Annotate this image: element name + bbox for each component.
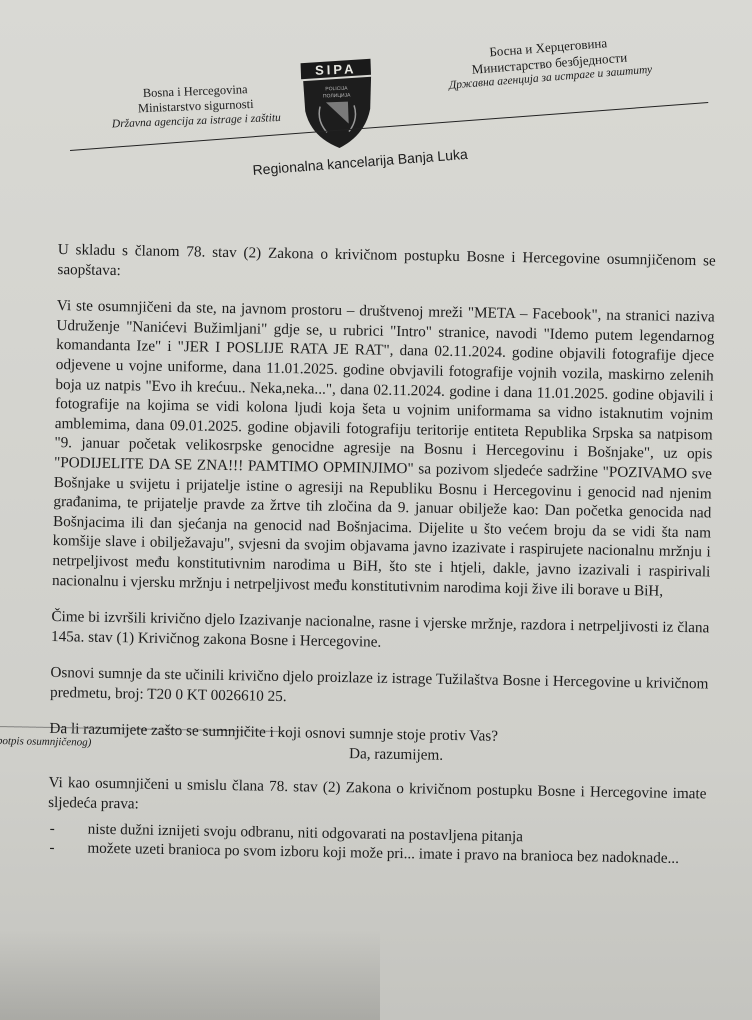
regional-office: Regionalna kancelarija Banja Luka	[252, 146, 468, 178]
offense-paragraph: Čime bi izvršili krivično djelo Izazivan…	[51, 607, 710, 658]
intro-paragraph: U skladu s članom 78. stav (2) Zakona o …	[57, 240, 716, 291]
rights-intro: Vi kao osumnjičeni u smislu člana 78. st…	[48, 773, 707, 824]
header-left-latin: Bosna i Hercegovina Ministarstvo sigurno…	[95, 80, 297, 133]
svg-text:SIPA: SIPA	[315, 61, 357, 77]
understanding-answer: Da, razumijem.	[349, 745, 443, 766]
sipa-emblem-icon: SIPA POLICIJA ПОЛИЦИЈА	[296, 57, 377, 152]
rights-list: niste dužni iznijeti svoju odbranu, niti…	[47, 819, 706, 870]
photo-shadow	[0, 930, 380, 1020]
question-block: Da li razumijete zašto se sumnjičite i k…	[49, 719, 708, 774]
accusation-paragraph: Vi ste osumnjičeni da ste, na javnom pro…	[52, 296, 715, 601]
svg-text:POLICIJA: POLICIJA	[325, 86, 348, 93]
document-body: U skladu s članom 78. stav (2) Zakona o …	[47, 240, 716, 869]
grounds-paragraph: Osnovi sumnje da ste učinili krivično dj…	[50, 663, 709, 714]
header-right-cyrillic: Босна и Херцеговина Министарство безбјед…	[418, 30, 681, 97]
svg-text:ПОЛИЦИЈА: ПОЛИЦИЈА	[323, 93, 351, 100]
document-page: Bosna i Hercegovina Ministarstvo sigurno…	[0, 0, 752, 1020]
signature-label: (potpis osumnjičenog)	[0, 732, 91, 753]
